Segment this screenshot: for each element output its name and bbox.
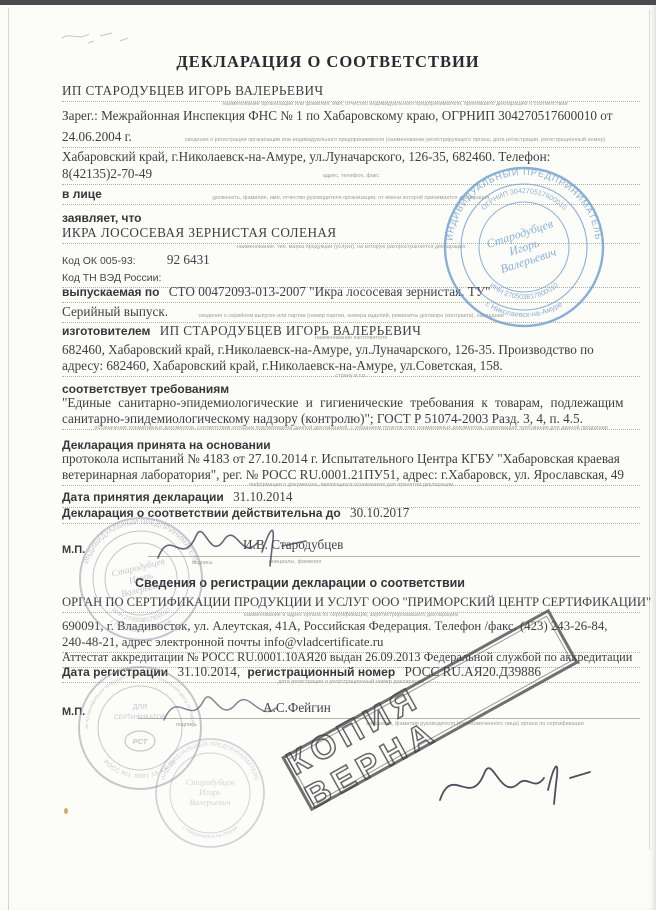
valid-until-value: 30.10.2017: [350, 505, 409, 520]
manufacturer-address-caption: страну и т.п.: [62, 373, 640, 379]
acceptance-date-label: Дата принятия декларации: [62, 490, 224, 504]
scan-top-edge: [0, 0, 656, 5]
conformity-label: соответствует требованиям: [62, 382, 229, 396]
code-tnved-label: Код ТН ВЭД России:: [62, 272, 161, 284]
applicant-name-caption: наименование организации или фамилия, им…: [150, 101, 640, 107]
entrepreneur-stamp-faint: ИНДИВИДУАЛЬНЫЙ ПРЕДПРИНИМАТЕЛЬ г. Никола…: [152, 735, 268, 851]
manufacturer-name-caption: наименование изготовителя: [62, 335, 640, 341]
issued-by-label: выпускаемая по: [62, 285, 159, 299]
scan-left-edge: [8, 8, 9, 910]
rst-logo: РСТ: [133, 737, 149, 746]
registration-number-label: регистрационный номер: [247, 665, 395, 679]
entrepreneur-stamp-blue: ИНДИВИДУАЛЬНЫЙ ПРЕДПРИНИМАТЕЛЬ г. Никола…: [440, 163, 608, 331]
svg-text:ИНДИВИДУАЛЬНЫЙ ПРЕДПРИНИМАТЕЛЬ: ИНДИВИДУАЛЬНЫЙ ПРЕДПРИНИМАТЕЛЬ: [161, 740, 259, 781]
signature-3: [430, 752, 600, 817]
declaration-document: ДЕКЛАРАЦИЯ О СООТВЕТСТВИИ ИП СТАРОДУБЦЕВ…: [0, 0, 656, 910]
paper-speck: [64, 808, 68, 814]
applicant-registration-line1: Зарег.: Межрайонная Инспекция ФНС № 1 по…: [62, 108, 640, 124]
signature-1: [150, 518, 340, 573]
applicant-registration-caption: сведения о регистрации организации или и…: [150, 137, 640, 143]
stamp-ring-bottom-text: г. Николаевск-на-Амуре: [484, 299, 564, 319]
conformity-line1: "Единые санитарно-эпидемиологические и г…: [62, 395, 640, 411]
acceptance-date-value: 31.10.2014: [233, 489, 292, 504]
code-ok-value: 92 6431: [167, 252, 210, 267]
document-title: ДЕКЛАРАЦИЯ О СООТВЕТСТВИИ: [0, 52, 656, 72]
stamp-center-line1: Стародубцев: [186, 777, 235, 787]
basis-caption: информация о документах, являющихся осно…: [62, 482, 640, 488]
conformity-caption: обозначение нормативных документов, соот…: [62, 425, 640, 431]
basis-label: Декларация принята на основании: [62, 438, 271, 452]
stamp-ring-top-text: ИНДИВИДУАЛЬНЫЙ ПРЕДПРИНИМАТЕЛЬ: [161, 740, 259, 781]
signature-2: [158, 684, 298, 732]
stamp-center-line2: Игорь: [198, 787, 221, 797]
pencil-marks: [58, 24, 148, 46]
code-ok-label: Код ОК 005-93:: [62, 255, 136, 267]
manufacturer-address-line1: 682460, Хабаровский край, г.Николаевск-н…: [62, 342, 640, 358]
svg-text:г. Николаевск-на-Амуре: г. Николаевск-на-Амуре: [484, 299, 564, 319]
stamp-center-line3: Валерьевич: [189, 797, 230, 807]
stamp-center-line1: ДЛЯ: [133, 704, 147, 711]
scan-right-edge: [649, 10, 650, 850]
basis-line1: протокола испытаний № 4183 от 27.10.2014…: [62, 451, 640, 467]
declares-label: заявляет, что: [62, 211, 142, 225]
applicant-name: ИП СТАРОДУБЦЕВ ИГОРЬ ВАЛЕРЬЕВИЧ: [62, 83, 640, 102]
